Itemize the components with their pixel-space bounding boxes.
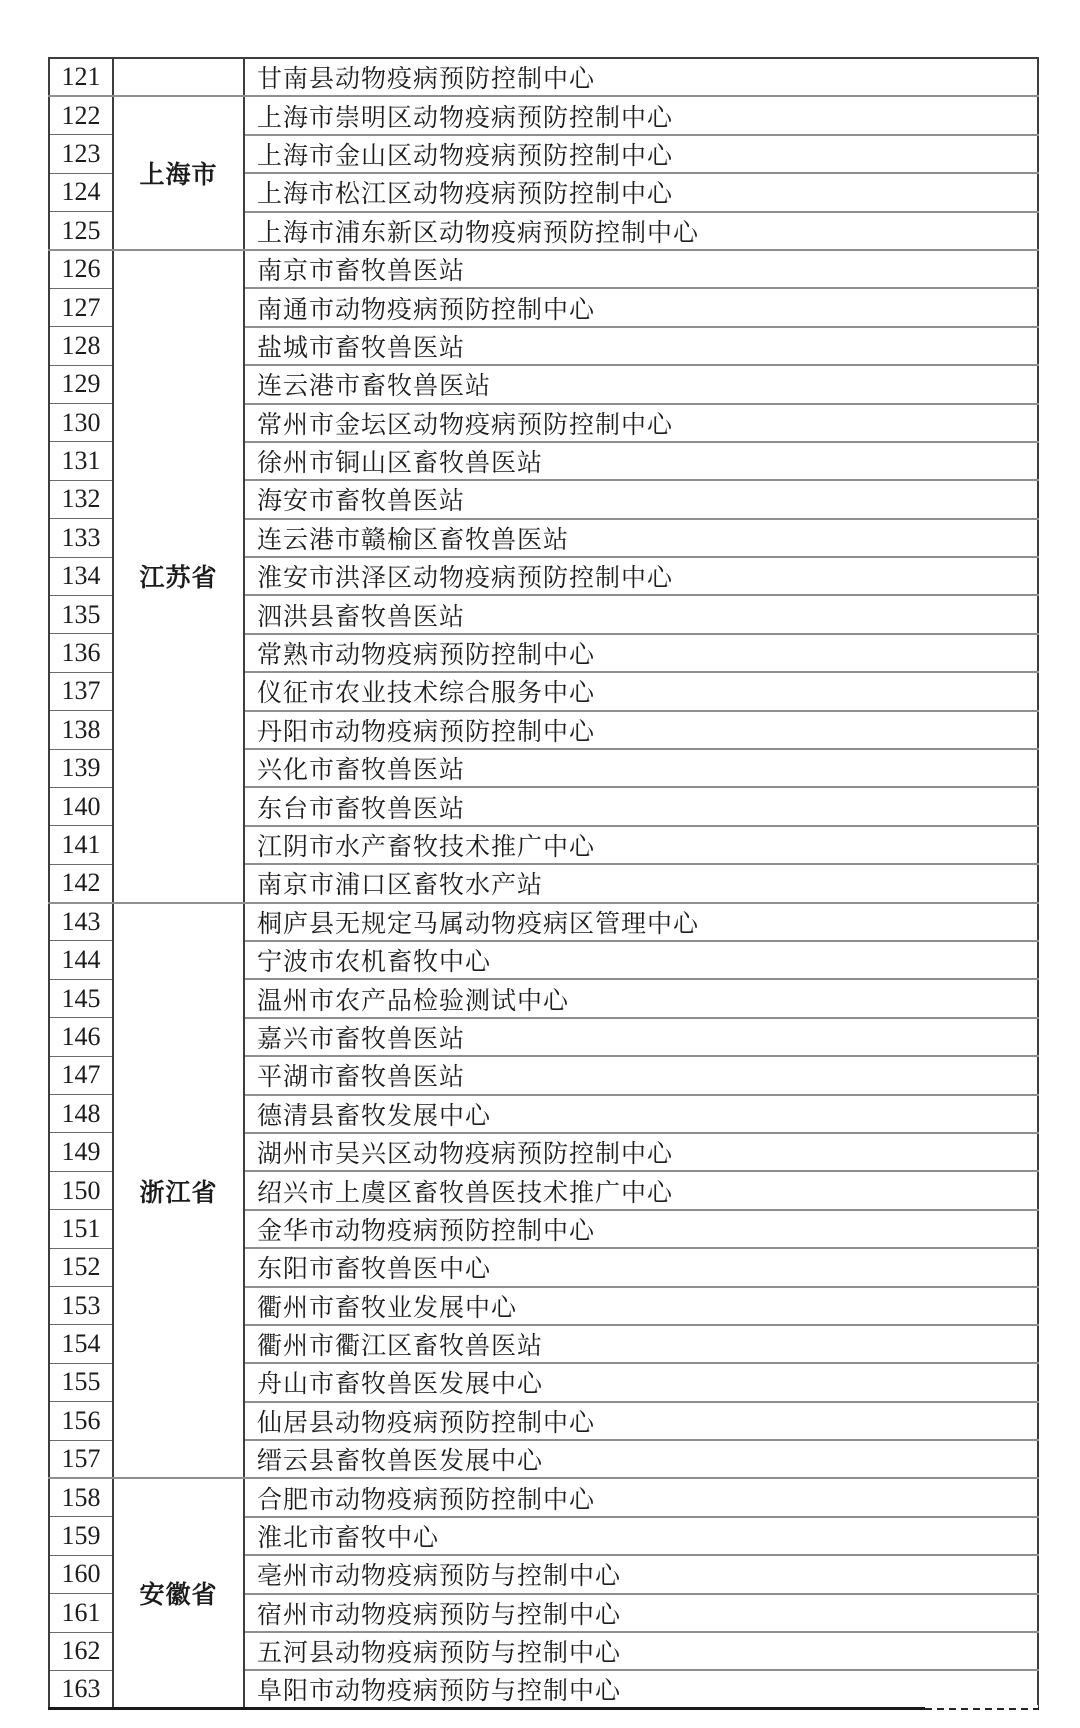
row-number-cell: 138 (49, 711, 113, 749)
row-number-cell: 134 (49, 557, 113, 595)
organization-cell: 宁波市农机畜牧中心 (244, 941, 1038, 979)
row-number-cell: 148 (49, 1095, 113, 1133)
row-number-cell: 144 (49, 941, 113, 979)
row-number-cell: 130 (49, 404, 113, 442)
organization-cell: 亳州市动物疫病预防与控制中心 (244, 1555, 1038, 1593)
row-number-cell: 123 (49, 135, 113, 173)
row-number-cell: 147 (49, 1056, 113, 1094)
row-number-cell: 152 (49, 1248, 113, 1286)
row-number-cell: 137 (49, 672, 113, 710)
row-number-cell: 154 (49, 1325, 113, 1363)
table-bottom-dashed-border (925, 1705, 1038, 1710)
table-row: 122上海市上海市崇明区动物疫病预防控制中心 (49, 96, 1038, 134)
organization-cell: 南京市畜牧兽医站 (244, 250, 1038, 288)
row-number-cell: 126 (49, 250, 113, 288)
table-row: 126江苏省南京市畜牧兽医站 (49, 250, 1038, 288)
organization-cell: 仪征市农业技术综合服务中心 (244, 672, 1038, 710)
organization-cell: 缙云县畜牧兽医发展中心 (244, 1440, 1038, 1478)
province-cell: 浙江省 (113, 903, 244, 1479)
table-row: 158安徽省合肥市动物疫病预防控制中心 (49, 1478, 1038, 1516)
organization-cell: 盐城市畜牧兽医站 (244, 327, 1038, 365)
row-number-cell: 140 (49, 787, 113, 825)
organization-cell: 南通市动物疫病预防控制中心 (244, 288, 1038, 326)
row-number-cell: 139 (49, 749, 113, 787)
table-row: 143浙江省桐庐县无规定马属动物疫病区管理中心 (49, 903, 1038, 941)
organization-cell: 上海市崇明区动物疫病预防控制中心 (244, 96, 1038, 134)
row-number-cell: 145 (49, 979, 113, 1017)
row-number-cell: 157 (49, 1440, 113, 1478)
organization-cell: 徐州市铜山区畜牧兽医站 (244, 442, 1038, 480)
organization-cell: 常州市金坛区动物疫病预防控制中心 (244, 404, 1038, 442)
organization-cell: 平湖市畜牧兽医站 (244, 1056, 1038, 1094)
organization-cell: 丹阳市动物疫病预防控制中心 (244, 711, 1038, 749)
organization-cell: 泗洪县畜牧兽医站 (244, 595, 1038, 633)
organization-cell: 淮北市畜牧中心 (244, 1517, 1038, 1555)
organization-cell: 东阳市畜牧兽医中心 (244, 1248, 1038, 1286)
organization-cell: 德清县畜牧发展中心 (244, 1095, 1038, 1133)
organization-cell: 五河县动物疫病预防与控制中心 (244, 1632, 1038, 1670)
document-table-container: 121甘南县动物疫病预防控制中心122上海市上海市崇明区动物疫病预防控制中心12… (48, 57, 1039, 1710)
row-number-cell: 131 (49, 442, 113, 480)
organizations-table-body: 121甘南县动物疫病预防控制中心122上海市上海市崇明区动物疫病预防控制中心12… (49, 58, 1038, 1709)
organization-cell: 舟山市畜牧兽医发展中心 (244, 1363, 1038, 1401)
organization-cell: 上海市浦东新区动物疫病预防控制中心 (244, 212, 1038, 250)
row-number-cell: 127 (49, 288, 113, 326)
organization-cell: 湖州市吴兴区动物疫病预防控制中心 (244, 1133, 1038, 1171)
organization-cell: 嘉兴市畜牧兽医站 (244, 1018, 1038, 1056)
organization-cell: 甘南县动物疫病预防控制中心 (244, 58, 1038, 96)
row-number-cell: 161 (49, 1594, 113, 1632)
row-number-cell: 162 (49, 1632, 113, 1670)
row-number-cell: 158 (49, 1478, 113, 1516)
organization-cell: 上海市金山区动物疫病预防控制中心 (244, 135, 1038, 173)
organization-cell: 仙居县动物疫病预防控制中心 (244, 1402, 1038, 1440)
organization-cell: 兴化市畜牧兽医站 (244, 749, 1038, 787)
organization-cell: 淮安市洪泽区动物疫病预防控制中心 (244, 557, 1038, 595)
organization-cell: 连云港市赣榆区畜牧兽医站 (244, 519, 1038, 557)
organization-cell: 绍兴市上虞区畜牧兽医技术推广中心 (244, 1171, 1038, 1209)
row-number-cell: 141 (49, 826, 113, 864)
province-cell (113, 58, 244, 96)
row-number-cell: 146 (49, 1018, 113, 1056)
province-cell: 江苏省 (113, 250, 244, 903)
row-number-cell: 155 (49, 1363, 113, 1401)
organization-cell: 上海市松江区动物疫病预防控制中心 (244, 173, 1038, 211)
row-number-cell: 142 (49, 864, 113, 902)
row-number-cell: 159 (49, 1517, 113, 1555)
organization-cell: 海安市畜牧兽医站 (244, 480, 1038, 518)
organization-cell: 南京市浦口区畜牧水产站 (244, 864, 1038, 902)
organization-cell: 衢州市衢江区畜牧兽医站 (244, 1325, 1038, 1363)
province-cell: 上海市 (113, 96, 244, 250)
organization-cell: 金华市动物疫病预防控制中心 (244, 1210, 1038, 1248)
table-row: 121甘南县动物疫病预防控制中心 (49, 58, 1038, 96)
row-number-cell: 122 (49, 96, 113, 134)
row-number-cell: 149 (49, 1133, 113, 1171)
organization-cell: 连云港市畜牧兽医站 (244, 365, 1038, 403)
row-number-cell: 151 (49, 1210, 113, 1248)
row-number-cell: 135 (49, 595, 113, 633)
organization-cell: 合肥市动物疫病预防控制中心 (244, 1478, 1038, 1516)
organization-cell: 温州市农产品检验测试中心 (244, 979, 1038, 1017)
organization-cell: 东台市畜牧兽医站 (244, 787, 1038, 825)
row-number-cell: 133 (49, 519, 113, 557)
row-number-cell: 156 (49, 1402, 113, 1440)
row-number-cell: 129 (49, 365, 113, 403)
row-number-cell: 124 (49, 173, 113, 211)
row-number-cell: 125 (49, 212, 113, 250)
row-number-cell: 136 (49, 634, 113, 672)
row-number-cell: 160 (49, 1555, 113, 1593)
organization-cell: 阜阳市动物疫病预防与控制中心 (244, 1670, 1038, 1709)
organizations-table: 121甘南县动物疫病预防控制中心122上海市上海市崇明区动物疫病预防控制中心12… (48, 57, 1039, 1710)
row-number-cell: 128 (49, 327, 113, 365)
row-number-cell: 150 (49, 1171, 113, 1209)
organization-cell: 衢州市畜牧业发展中心 (244, 1287, 1038, 1325)
province-cell: 安徽省 (113, 1478, 244, 1708)
organization-cell: 宿州市动物疫病预防与控制中心 (244, 1594, 1038, 1632)
row-number-cell: 163 (49, 1670, 113, 1709)
row-number-cell: 132 (49, 480, 113, 518)
organization-cell: 江阴市水产畜牧技术推广中心 (244, 826, 1038, 864)
row-number-cell: 143 (49, 903, 113, 941)
row-number-cell: 153 (49, 1287, 113, 1325)
row-number-cell: 121 (49, 58, 113, 96)
organization-cell: 桐庐县无规定马属动物疫病区管理中心 (244, 903, 1038, 941)
organization-cell: 常熟市动物疫病预防控制中心 (244, 634, 1038, 672)
